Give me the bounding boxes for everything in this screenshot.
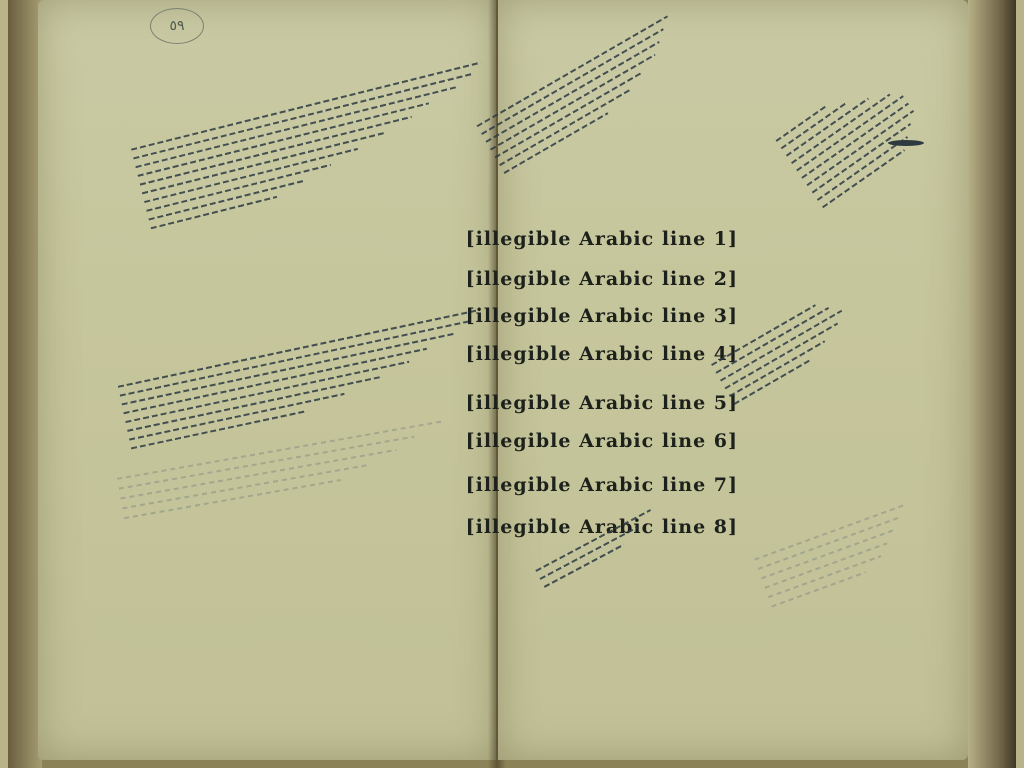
folio-number: ٥٩ — [150, 8, 204, 44]
right-page: [illegible Arabic line 1] [illegible Ara… — [498, 0, 968, 760]
main-text-line: [illegible Arabic line 1] — [508, 228, 738, 250]
right-bleedthrough — [751, 493, 934, 615]
left-page: ٥٩ — [38, 0, 496, 760]
left-upper-gloss — [129, 50, 521, 236]
main-text-line: [illegible Arabic line 6] — [508, 430, 738, 452]
main-text-line: [illegible Arabic line 4] — [508, 343, 738, 365]
main-text-line: [illegible Arabic line 7] — [508, 474, 738, 496]
ink-smudge — [888, 140, 924, 146]
manuscript: ٥٩ [illegible Arabic line 1] — [8, 0, 1016, 768]
right-top-gloss — [473, 4, 707, 180]
book-edge-left — [8, 0, 42, 768]
main-text-line: [illegible Arabic line 2] — [508, 268, 738, 290]
right-bottom-gloss — [532, 498, 672, 594]
right-margin-gloss — [772, 60, 934, 214]
main-text-line: [illegible Arabic line 3] — [508, 305, 738, 327]
book-edge-right — [968, 0, 1016, 768]
main-text-line: [illegible Arabic line 5] — [508, 392, 738, 414]
